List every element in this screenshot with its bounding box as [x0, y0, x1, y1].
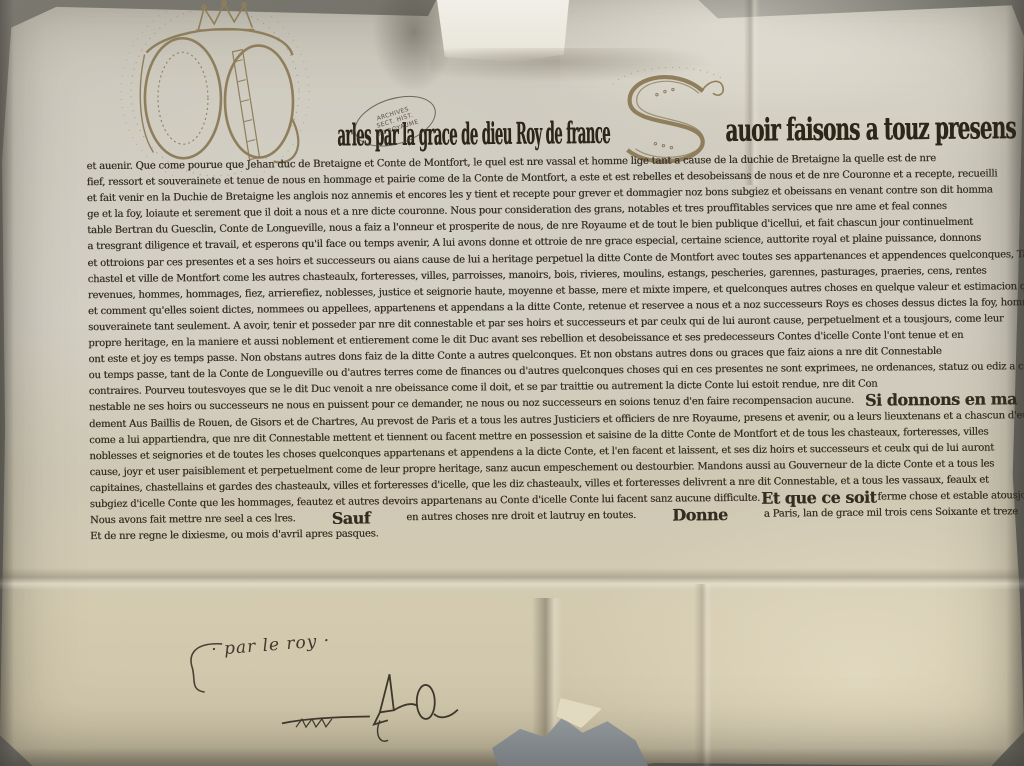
segment-gap [295, 511, 331, 527]
segment-gap [370, 510, 406, 526]
heading-savoir-faisons: auoir faisons a touz presens [725, 108, 1016, 148]
charter-line-text: a Paris, lan de grace mil trois cens Soi… [764, 504, 1018, 523]
charter-line-text: en autres choses nre droit et lautruy en… [406, 508, 636, 526]
segment-gap [854, 393, 865, 409]
charter-line-text: Et de nre regne le dixiesme, ou mois d'a… [90, 529, 378, 543]
charter-emphasis-word: Sauf [332, 511, 371, 527]
charter-line-text: Nous avons fait mettre nre seel a ces lr… [90, 511, 296, 529]
charter-line-text: ferme chose et estable atousjours [877, 488, 1024, 506]
manuscript-photo: arles par la grace de dieu Roy de france… [0, 0, 1024, 766]
charter-emphasis-word: Donne [672, 507, 728, 524]
charter-body: et auenir. Que come pourue que Jehan duc… [87, 150, 1019, 545]
charter-emphasis-word: Si donnons en ma [865, 392, 1017, 410]
secretary-signature [261, 664, 472, 752]
charter-emphasis-word: Et que ce soit [761, 490, 877, 507]
segment-gap [636, 508, 672, 524]
par-le-roy-flourish [182, 638, 233, 698]
illuminated-initial-charles [86, 0, 340, 173]
segment-gap [728, 507, 764, 523]
